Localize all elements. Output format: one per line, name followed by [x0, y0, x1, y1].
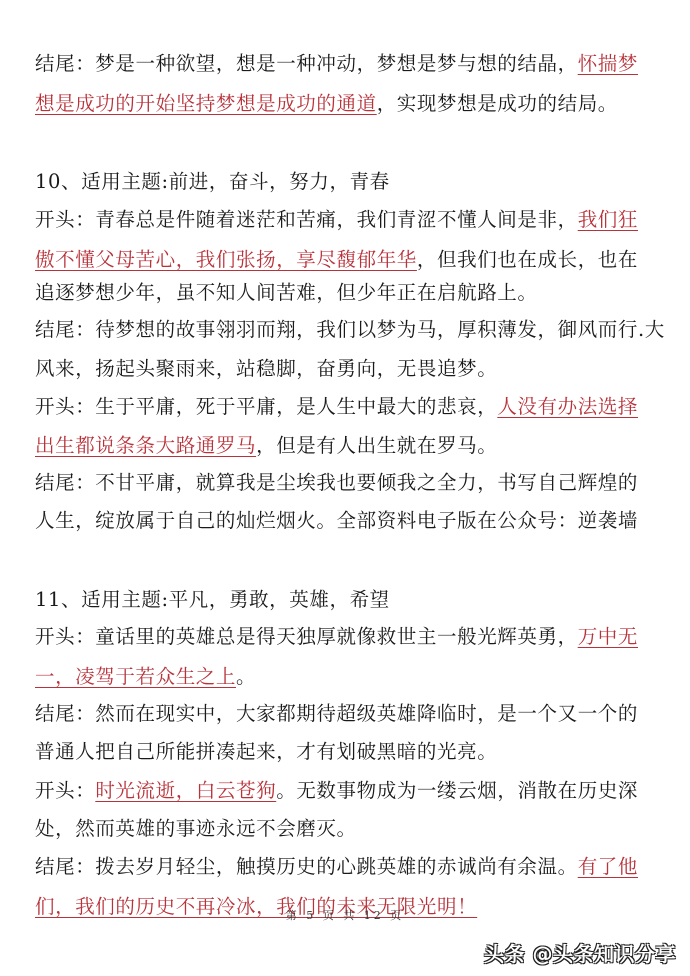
text-line: 结尾：梦是一种欲望，想是一种冲动，梦想是梦与想的结晶，怀揣梦	[35, 50, 660, 78]
highlighted-phrase: 我们狂	[578, 208, 638, 231]
text-line: 想是成功的开始坚持梦想是成功的通道，实现梦想是成功的结局。	[35, 90, 660, 118]
text-line: 出生都说条条大路通罗马，但是有人出生就在罗马。	[35, 432, 660, 460]
text-line: 处，然而英雄的事迹永远不会磨灭。	[35, 815, 660, 843]
text-segment: 开头：生于平庸，死于平庸，是人生中最大的悲哀，	[35, 395, 497, 418]
text-segment: 处，然而英雄的事迹永远不会磨灭。	[35, 817, 357, 840]
page-number-footer: 第 5 页 共 12 页	[0, 907, 690, 923]
text-segment: 结尾：梦是一种欲望，想是一种冲动，梦想是梦与想的结晶，	[35, 52, 578, 75]
highlighted-phrase: 一，凌驾于若众生之上	[35, 665, 236, 688]
text-segment: 11、适用主题:平凡，勇敢，英雄，希望	[35, 588, 390, 611]
text-segment: 普通人把自己所能拼凑起来，才有划破黑暗的光亮。	[35, 740, 497, 763]
text-line: 结尾：不甘平庸，就算我是尘埃我也要倾我之全力，书写自己辉煌的	[35, 469, 660, 497]
text-line: 结尾：然而在现实中，大家都期待超级英雄降临时，是一个又一个的	[35, 700, 660, 728]
text-line: 结尾：拨去岁月轻尘，触摸历史的心跳英雄的赤诚尚有余温。有了他	[35, 853, 660, 881]
text-segment: 开头：童话里的英雄总是得天独厚就像救世主一般光辉英勇，	[35, 625, 578, 648]
text-line: 开头：时光流逝，白云苍狗。无数事物成为一缕云烟，消散在历史深	[35, 777, 660, 805]
highlighted-phrase: 傲不懂父母苦心，我们张扬，享尽馥郁年华	[35, 248, 417, 271]
text-line: 开头：生于平庸，死于平庸，是人生中最大的悲哀，人没有办法选择	[35, 393, 660, 421]
text-segment: 结尾：待梦想的故事翎羽而翔，我们以梦为马，厚积薄发，御风而行.大	[35, 318, 665, 341]
highlighted-phrase: 万中无	[578, 625, 638, 648]
text-line: 一，凌驾于若众生之上。	[35, 663, 660, 691]
text-segment: 10、适用主题:前进，奋斗，努力，青春	[35, 170, 390, 193]
text-line: 风来，扬起头聚雨来，站稳脚，奋勇向，无畏追梦。	[35, 355, 660, 383]
highlighted-phrase: 时光流逝，白云苍狗	[95, 779, 276, 802]
text-segment: ，但我们也在成长，也在	[417, 248, 638, 271]
text-segment: 开头：	[35, 779, 95, 802]
highlighted-phrase: 人没有办法选择	[497, 395, 638, 418]
text-line: 人生，绽放属于自己的灿烂烟火。全部资料电子版在公众号：逆袭墙	[35, 507, 660, 535]
text-segment: 。	[236, 665, 256, 688]
text-segment: 结尾：然而在现实中，大家都期待超级英雄降临时，是一个又一个的	[35, 702, 638, 725]
text-line: 开头：童话里的英雄总是得天独厚就像救世主一般光辉英勇，万中无	[35, 623, 660, 651]
watermark: 头条 @头条知识分享	[484, 938, 676, 967]
text-segment: 结尾：不甘平庸，就算我是尘埃我也要倾我之全力，书写自己辉煌的	[35, 471, 638, 494]
text-line: 普通人把自己所能拼凑起来，才有划破黑暗的光亮。	[35, 738, 660, 766]
text-line: 结尾：待梦想的故事翎羽而翔，我们以梦为马，厚积薄发，御风而行.大	[35, 316, 660, 344]
text-segment: ，但是有人出生就在罗马。	[256, 434, 497, 457]
text-line: 11、适用主题:平凡，勇敢，英雄，希望	[35, 586, 660, 614]
highlighted-phrase: 出生都说条条大路通罗马	[35, 434, 256, 457]
text-segment: 。无数事物成为一缕云烟，消散在历史深	[276, 779, 638, 802]
text-line: 开头：青春总是件随着迷茫和苦痛，我们青涩不懂人间是非，我们狂	[35, 206, 660, 234]
text-segment: 追逐梦想少年，虽不知人间苦难，但少年正在启航路上。	[35, 281, 538, 304]
text-segment: 风来，扬起头聚雨来，站稳脚，奋勇向，无畏追梦。	[35, 357, 497, 380]
text-segment: ，实现梦想是成功的结局。	[377, 92, 618, 115]
document-page: 结尾：梦是一种欲望，想是一种冲动，梦想是梦与想的结晶，怀揣梦想是成功的开始坚持梦…	[0, 0, 690, 976]
text-line: 追逐梦想少年，虽不知人间苦难，但少年正在启航路上。	[35, 279, 660, 307]
text-line: 10、适用主题:前进，奋斗，努力，青春	[35, 168, 660, 196]
text-line: 傲不懂父母苦心，我们张扬，享尽馥郁年华，但我们也在成长，也在	[35, 246, 660, 274]
text-segment: 开头：青春总是件随着迷茫和苦痛，我们青涩不懂人间是非，	[35, 208, 578, 231]
highlighted-phrase: 怀揣梦	[578, 52, 638, 75]
text-segment: 人生，绽放属于自己的灿烂烟火。全部资料电子版在公众号：逆袭墙	[35, 509, 638, 532]
highlighted-phrase: 有了他	[578, 855, 638, 878]
text-segment: 结尾：拨去岁月轻尘，触摸历史的心跳英雄的赤诚尚有余温。	[35, 855, 578, 878]
highlighted-phrase: 想是成功的开始坚持梦想是成功的通道	[35, 92, 377, 115]
